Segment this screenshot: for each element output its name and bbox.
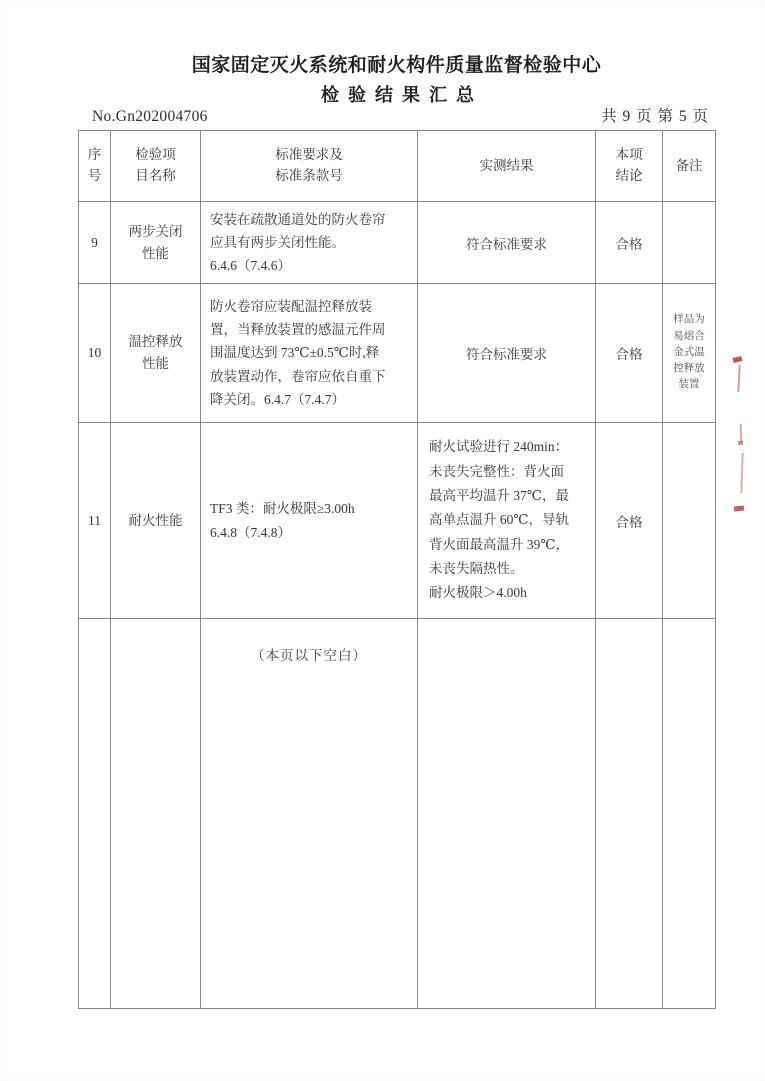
cell-standard-blank-note: （本页以下空白） (201, 619, 418, 1009)
red-ink-mark (737, 365, 740, 392)
page-indicator: 共 9 页 第 5 页 (601, 104, 709, 126)
cell-seq-no (79, 619, 111, 1009)
table-header-row: 序 号 检验项 目名称 标准要求及 标准条款号 实测结果 本项 结论 备注 (79, 131, 716, 202)
cell-conclusion: 合格 (596, 423, 663, 619)
table-row: 11 耐火性能 TF3 类：耐火极限≥3.00h 6.4.8（7.4.8） 耐火… (79, 423, 716, 619)
results-table: 序 号 检验项 目名称 标准要求及 标准条款号 实测结果 本项 结论 备注 9 … (78, 130, 716, 1009)
cell-seq-no: 11 (79, 423, 111, 619)
table-row: 9 两步关闭 性能 安装在疏散通道处的防火卷帘 应具有两步关闭性能。 6.4.6… (79, 202, 716, 284)
report-number: No.Gn202004706 (92, 108, 208, 126)
col-header-result: 实测结果 (418, 131, 596, 202)
red-ink-mark (734, 505, 744, 511)
cell-standard: 防火卷帘应装配温控释放装 置，当释放装置的感温元件周 围温度达到 73℃±0.5… (201, 284, 418, 423)
cell-standard: 安装在疏散通道处的防火卷帘 应具有两步关闭性能。 6.4.6（7.4.6） (201, 202, 418, 284)
cell-result: 符合标准要求 (418, 284, 596, 423)
col-header-item: 检验项 目名称 (111, 131, 201, 202)
scanned-report-page: 国家固定灭火系统和耐火构件质量监督检验中心 检 验 结 果 汇 总 No.Gn2… (0, 0, 765, 1081)
col-header-remark: 备注 (663, 131, 716, 202)
cell-conclusion: 合格 (596, 284, 663, 423)
cell-item-name: 温控释放 性能 (111, 284, 201, 423)
cell-result: 耐火试验进行 240min： 未丧失完整性：背火面 最高平均温升 37℃，最 高… (418, 423, 596, 619)
cell-standard: TF3 类：耐火极限≥3.00h 6.4.8（7.4.8） (201, 423, 418, 619)
col-header-conclusion: 本项 结论 (596, 131, 663, 202)
cell-remark (663, 423, 716, 619)
table-row-blank: （本页以下空白） (79, 619, 716, 1009)
cell-seq-no: 9 (79, 202, 111, 284)
col-header-seq: 序 号 (79, 131, 111, 202)
cell-conclusion: 合格 (596, 202, 663, 284)
cell-remark: 样品为 易熔合 金式温 控释放 装置 (663, 284, 716, 423)
cell-seq-no: 10 (79, 284, 111, 423)
cell-conclusion (596, 619, 663, 1009)
col-header-standard: 标准要求及 标准条款号 (201, 131, 418, 202)
cell-remark (663, 619, 716, 1009)
red-ink-mark (740, 453, 743, 493)
red-ink-mark (733, 356, 743, 363)
cell-result: 符合标准要求 (418, 202, 596, 284)
cell-result (418, 619, 596, 1009)
cell-item-name: 耐火性能 (111, 423, 201, 619)
cell-item-name (111, 619, 201, 1009)
red-ink-mark (738, 441, 743, 445)
table-row: 10 温控释放 性能 防火卷帘应装配温控释放装 置，当释放装置的感温元件周 围温… (79, 284, 716, 423)
org-title: 国家固定灭火系统和耐火构件质量监督检验中心 (78, 50, 715, 77)
meta-row: No.Gn202004706 共 9 页 第 5 页 (78, 104, 715, 126)
cell-remark (663, 202, 716, 284)
cell-item-name: 两步关闭 性能 (111, 202, 201, 284)
